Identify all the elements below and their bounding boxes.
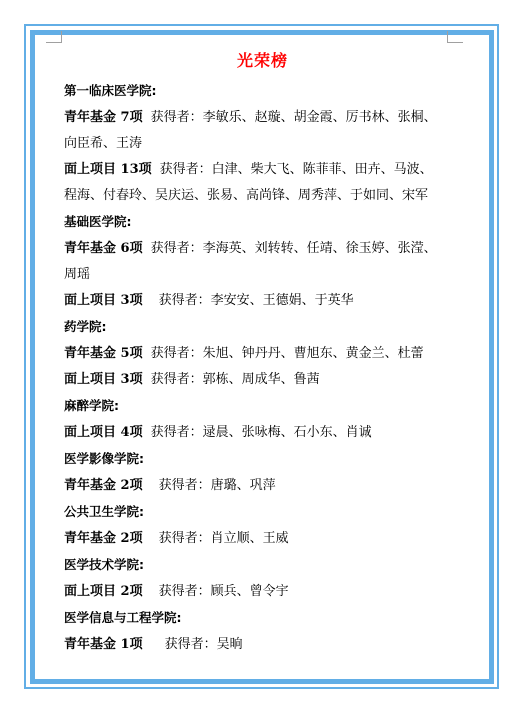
awardee-names: 周瑶 xyxy=(64,267,90,282)
awardee-label: 获得者： xyxy=(159,584,211,599)
awardee-names: 顾兵、曾令宇 xyxy=(211,584,289,599)
awardee-label: 获得者： xyxy=(160,162,212,177)
awardee-label: 获得者： xyxy=(159,478,211,493)
grant-type: 青年基金 7项 xyxy=(64,110,143,125)
grant-type: 青年基金 2项 xyxy=(64,478,143,493)
crop-mark-top-left xyxy=(46,31,62,43)
awardee-label: 获得者： xyxy=(151,372,203,387)
awardee-label: 获得者： xyxy=(165,637,217,652)
awardee-names-continued: 程海、付春玲、吴庆运、张易、高尚锋、周秀萍、于如同、宋军 xyxy=(64,183,444,209)
department-heading: 医学影像学院: xyxy=(64,446,444,473)
page-title: 光荣榜 xyxy=(0,48,525,71)
awardee-names: 向臣希、王涛 xyxy=(64,136,142,151)
grant-type: 青年基金 2项 xyxy=(64,531,143,546)
awardee-label: 获得者： xyxy=(159,293,211,308)
grant-line: 青年基金 1项获得者：吴晌 xyxy=(64,632,444,658)
grant-line: 青年基金 7项获得者：李敏乐、赵璇、胡金霞、厉书林、张桐、 xyxy=(64,105,444,131)
department-name: 第一临床医学院: xyxy=(64,83,157,98)
grant-type: 面上项目 13项 xyxy=(64,162,152,177)
awardee-names: 李海英、刘转转、任靖、徐玉婷、张滢、 xyxy=(203,241,437,256)
crop-mark-top-right xyxy=(447,31,463,43)
grant-type: 青年基金 1项 xyxy=(64,637,143,652)
department-name: 医学影像学院: xyxy=(64,451,144,466)
awardee-label: 获得者： xyxy=(151,110,203,125)
department-heading: 医学信息与工程学院: xyxy=(64,605,444,632)
awardee-label: 获得者： xyxy=(159,531,211,546)
grant-line: 面上项目 3项获得者：李安安、王德娟、于英华 xyxy=(64,288,444,314)
awardee-names: 吴晌 xyxy=(217,637,243,652)
grant-line: 青年基金 2项获得者：唐璐、巩萍 xyxy=(64,473,444,499)
grant-line: 面上项目 2项获得者：顾兵、曾令宇 xyxy=(64,579,444,605)
grant-line: 青年基金 5项获得者：朱旭、钟丹丹、曹旭东、黄金兰、杜蕾 xyxy=(64,341,444,367)
awardee-names: 李敏乐、赵璇、胡金霞、厉书林、张桐、 xyxy=(203,110,437,125)
awardee-names: 逯晨、张咏梅、石小东、肖诚 xyxy=(203,425,372,440)
department-heading: 麻醉学院: xyxy=(64,393,444,420)
department-name: 医学技术学院: xyxy=(64,557,144,572)
department-name: 基础医学院: xyxy=(64,214,132,229)
department-heading: 公共卫生学院: xyxy=(64,499,444,526)
grant-type: 面上项目 3项 xyxy=(64,372,143,387)
department-heading: 药学院: xyxy=(64,314,444,341)
department-heading: 基础医学院: xyxy=(64,209,444,236)
awardee-names: 白津、柴大飞、陈菲菲、田卉、马波、 xyxy=(212,162,433,177)
department-name: 药学院: xyxy=(64,319,107,334)
grant-line: 青年基金 6项获得者：李海英、刘转转、任靖、徐玉婷、张滢、 xyxy=(64,236,444,262)
honor-roll-content: 第一临床医学院:青年基金 7项获得者：李敏乐、赵璇、胡金霞、厉书林、张桐、向臣希… xyxy=(64,78,444,658)
awardee-names-continued: 向臣希、王涛 xyxy=(64,131,444,157)
grant-type: 面上项目 3项 xyxy=(64,293,143,308)
awardee-names: 郭栋、周成华、鲁茜 xyxy=(203,372,320,387)
awardee-names: 唐璐、巩萍 xyxy=(211,478,276,493)
grant-line: 青年基金 2项获得者：肖立顺、王威 xyxy=(64,526,444,552)
department-name: 医学信息与工程学院: xyxy=(64,610,182,625)
grant-type: 面上项目 4项 xyxy=(64,425,143,440)
awardee-names-continued: 周瑶 xyxy=(64,262,444,288)
awardee-names: 李安安、王德娟、于英华 xyxy=(211,293,354,308)
awardee-label: 获得者： xyxy=(151,241,203,256)
department-heading: 第一临床医学院: xyxy=(64,78,444,105)
department-name: 公共卫生学院: xyxy=(64,504,144,519)
department-heading: 医学技术学院: xyxy=(64,552,444,579)
grant-line: 面上项目 3项获得者：郭栋、周成华、鲁茜 xyxy=(64,367,444,393)
awardee-names: 程海、付春玲、吴庆运、张易、高尚锋、周秀萍、于如同、宋军 xyxy=(64,188,428,203)
awardee-names: 肖立顺、王威 xyxy=(211,531,289,546)
grant-type: 青年基金 5项 xyxy=(64,346,143,361)
grant-type: 青年基金 6项 xyxy=(64,241,143,256)
awardee-names: 朱旭、钟丹丹、曹旭东、黄金兰、杜蕾 xyxy=(203,346,424,361)
grant-type: 面上项目 2项 xyxy=(64,584,143,599)
grant-line: 面上项目 13项获得者：白津、柴大飞、陈菲菲、田卉、马波、 xyxy=(64,157,444,183)
department-name: 麻醉学院: xyxy=(64,398,119,413)
grant-line: 面上项目 4项获得者：逯晨、张咏梅、石小东、肖诚 xyxy=(64,420,444,446)
awardee-label: 获得者： xyxy=(151,346,203,361)
awardee-label: 获得者： xyxy=(151,425,203,440)
